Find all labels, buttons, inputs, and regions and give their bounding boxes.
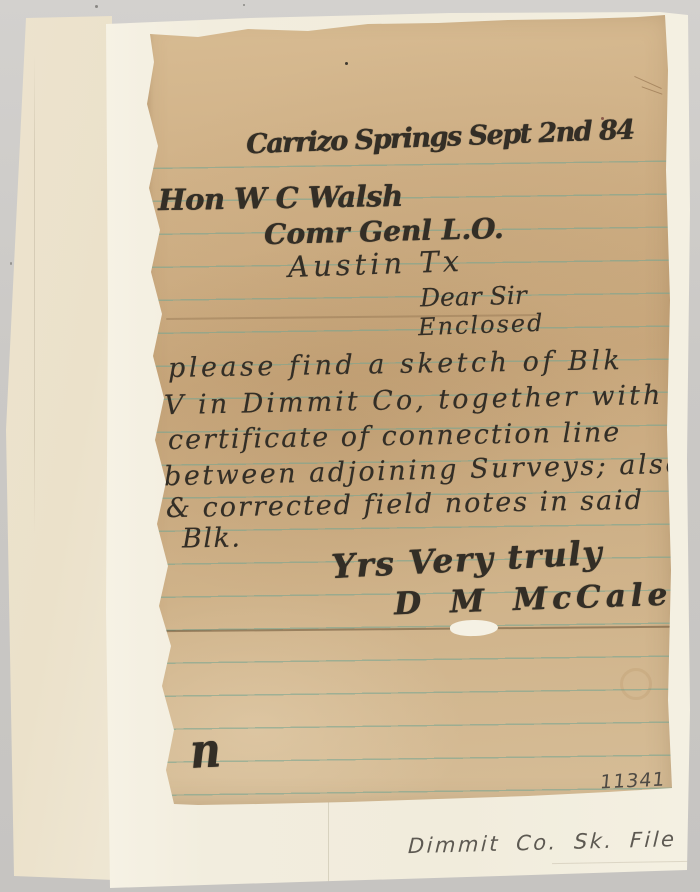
letter-paper: Carrizo Springs Sept 2nd 84 Hon W C Wals… [138, 10, 675, 808]
letter-body-line: & corrected field notes in said [166, 487, 645, 522]
dust-speck [10, 262, 12, 265]
margin-mark: n [189, 726, 222, 776]
dust-speck [243, 4, 245, 6]
letter-recipient-city: Austin Tx [288, 247, 464, 282]
ink-smudge [634, 76, 662, 89]
letter-body-line: please find a sketch of Blk [168, 347, 624, 382]
letter-body-line: Blk. [182, 524, 242, 552]
letter-salutation: Dear Sir [420, 283, 527, 311]
paper-crease [552, 861, 688, 864]
backing-paper [4, 14, 122, 882]
letter-opening-word: Enclosed [418, 311, 545, 339]
pencil-file-note: Dimmit Co. Sk. File 13 [408, 828, 700, 857]
scanned-letter-page: Dimmit Co. Sk. File 13 Carrizo Springs S… [0, 0, 700, 892]
dust-speck [95, 5, 98, 8]
ink-speck [345, 62, 348, 65]
letter-recipient: Hon W C Walsh [158, 182, 403, 215]
letter-place-date: Carrizo Springs Sept 2nd 84 [246, 117, 634, 159]
paper-crease [328, 798, 329, 886]
letter-recipient-title: Comr Genl L.O. [264, 215, 504, 249]
ring-stain [620, 668, 652, 700]
paper-crease [34, 54, 35, 534]
letter-body-line: certificate of connection line [168, 419, 622, 454]
